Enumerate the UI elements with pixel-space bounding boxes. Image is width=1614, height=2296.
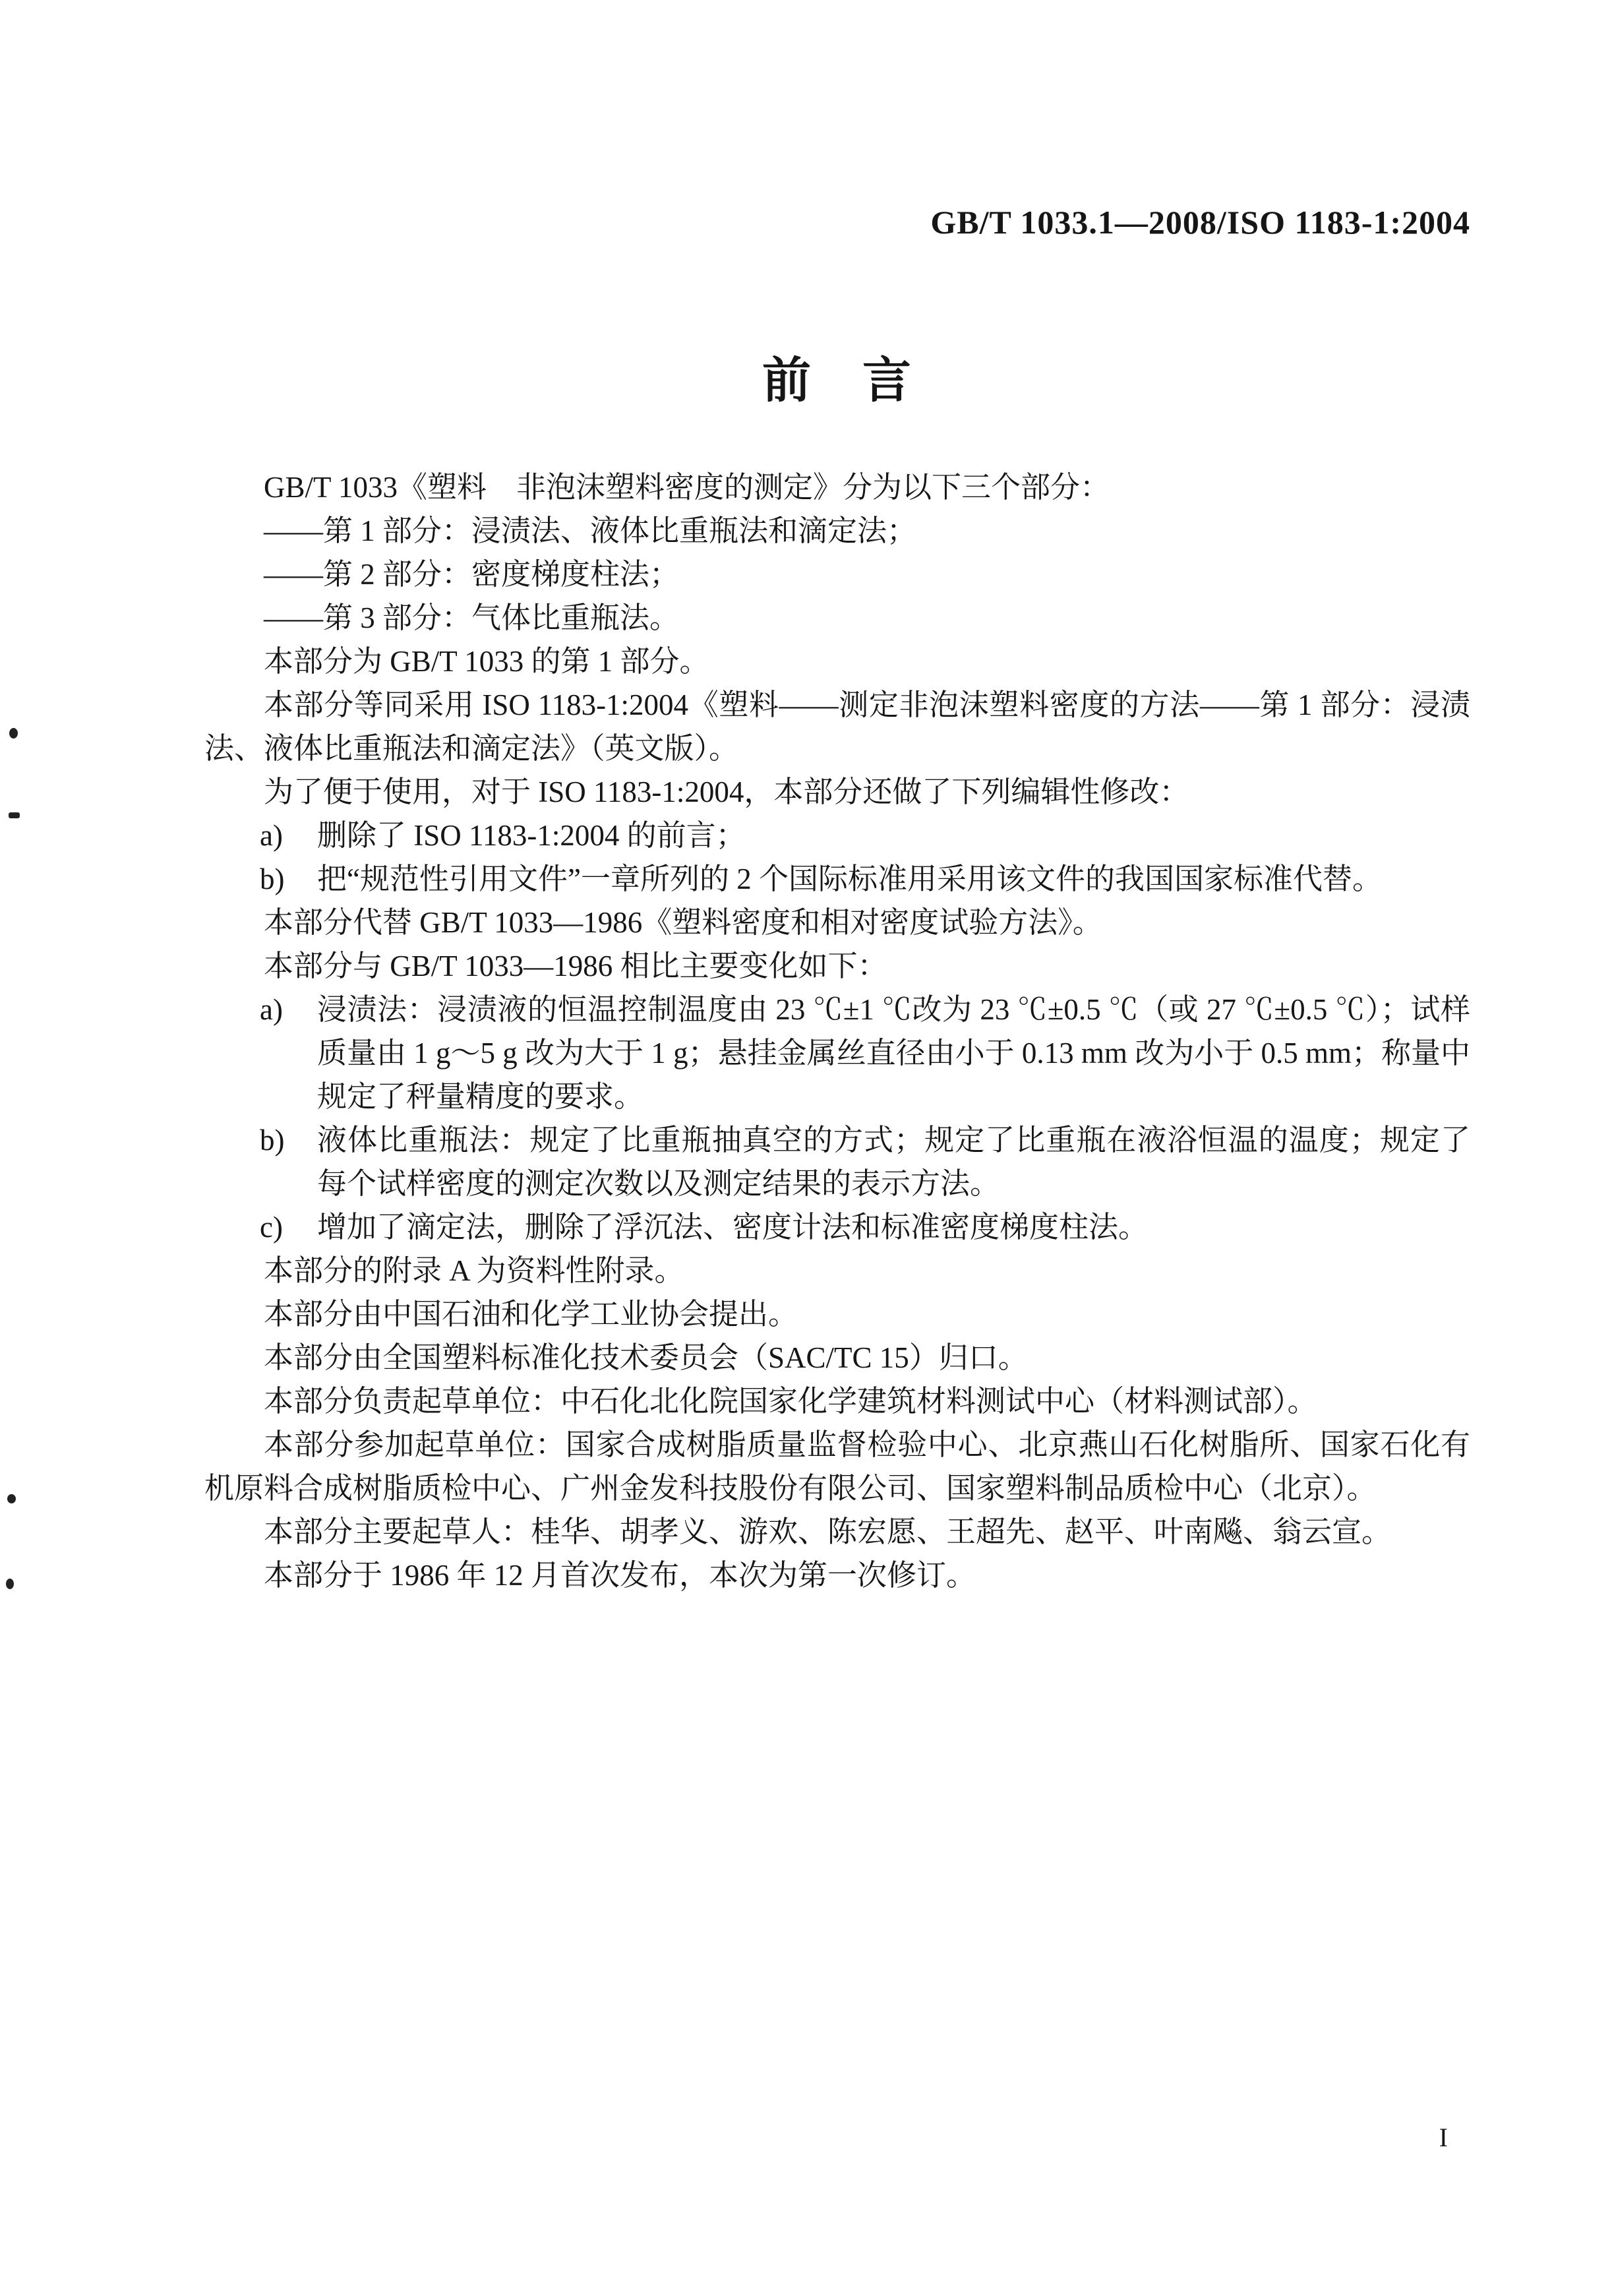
- paragraph-text: 本部分的附录 A 为资料性附录。: [264, 1254, 684, 1287]
- paragraph: 为了便于使用，对于 ISO 1183-1:2004，本部分还做了下列编辑性修改：: [204, 770, 1470, 814]
- paragraph-text: 本部分负责起草单位：中石化北化院国家化学建筑材料测试中心（材料测试部）。: [264, 1385, 1317, 1418]
- paragraph: 本部分于 1986 年 12 月首次发布，本次为第一次修订。: [204, 1554, 1470, 1597]
- paragraph: ——第 3 部分：气体比重瓶法。: [204, 596, 1470, 640]
- paragraph: 本部分代替 GB/T 1033—1986《塑料密度和相对密度试验方法》。: [204, 901, 1470, 944]
- paragraph: 本部分参加起草单位：国家合成树脂质量监督检验中心、北京燕山石化树脂所、国家石化有…: [204, 1423, 1470, 1510]
- paragraph-text: ——第 3 部分：气体比重瓶法。: [264, 601, 679, 634]
- paragraph-text: 把“规范性引用文件”一章所列的 2 个国际标准用采用该文件的我国国家标准代替。: [317, 862, 1382, 895]
- paragraph-text: 液体比重瓶法：规定了比重瓶抽真空的方式；规定了比重瓶在液浴恒温的温度；规定了每个…: [317, 1124, 1470, 1200]
- paragraph: 本部分主要起草人：桂华、胡孝义、游欢、陈宏愿、王超先、赵平、叶南飚、翁云宣。: [204, 1510, 1470, 1554]
- paragraph: 本部分由中国石油和化学工业协会提出。: [204, 1292, 1470, 1336]
- list-item-label: a): [260, 814, 283, 857]
- list-item: c)增加了滴定法，删除了浮沉法、密度计法和标准密度梯度柱法。: [204, 1205, 1470, 1249]
- paragraph-text: 本部分代替 GB/T 1033—1986《塑料密度和相对密度试验方法》。: [264, 906, 1102, 939]
- list-item-label: b): [260, 857, 285, 901]
- paragraph-text: 浸渍法：浸渍液的恒温控制温度由 23 ℃±1 ℃改为 23 ℃±0.5 ℃（或 …: [317, 993, 1470, 1113]
- paragraph: 本部分与 GB/T 1033—1986 相比主要变化如下：: [204, 944, 1470, 988]
- list-item: a)浸渍法：浸渍液的恒温控制温度由 23 ℃±1 ℃改为 23 ℃±0.5 ℃（…: [204, 988, 1470, 1118]
- paragraph: ——第 1 部分：浸渍法、液体比重瓶法和滴定法；: [204, 509, 1470, 553]
- paragraph-text: 增加了滴定法，删除了浮沉法、密度计法和标准密度梯度柱法。: [317, 1211, 1148, 1244]
- paragraph-text: GB/T 1033《塑料 非泡沫塑料密度的测定》分为以下三个部分：: [264, 471, 1110, 504]
- page-number: I: [1439, 2122, 1448, 2153]
- list-item: a)删除了 ISO 1183-1:2004 的前言；: [204, 814, 1470, 857]
- paragraph-text: 本部分为 GB/T 1033 的第 1 部分。: [264, 645, 709, 678]
- ink-speck: [7, 1494, 16, 1503]
- paragraph: 本部分由全国塑料标准化技术委员会（SAC/TC 15）归口。: [204, 1336, 1470, 1379]
- paragraph-text: 本部分等同采用 ISO 1183-1:2004《塑料——测定非泡沫塑料密度的方法…: [204, 688, 1470, 765]
- paragraph: GB/T 1033《塑料 非泡沫塑料密度的测定》分为以下三个部分：: [204, 466, 1470, 509]
- foreword-body: GB/T 1033《塑料 非泡沫塑料密度的测定》分为以下三个部分：——第 1 部…: [204, 466, 1470, 1597]
- paragraph-text: ——第 1 部分：浸渍法、液体比重瓶法和滴定法；: [264, 514, 916, 547]
- paragraph: 本部分的附录 A 为资料性附录。: [204, 1249, 1470, 1292]
- list-item-label: c): [260, 1205, 283, 1249]
- paragraph: 本部分等同采用 ISO 1183-1:2004《塑料——测定非泡沫塑料密度的方法…: [204, 683, 1470, 770]
- ink-speck: [9, 728, 18, 739]
- ink-speck: [9, 812, 20, 818]
- paragraph-text: 为了便于使用，对于 ISO 1183-1:2004，本部分还做了下列编辑性修改：: [264, 775, 1189, 808]
- paragraph-text: 本部分参加起草单位：国家合成树脂质量监督检验中心、北京燕山石化树脂所、国家石化有…: [204, 1428, 1470, 1505]
- list-item-label: b): [260, 1118, 285, 1162]
- paragraph-text: 删除了 ISO 1183-1:2004 的前言；: [317, 819, 746, 852]
- paragraph: ——第 2 部分：密度梯度柱法；: [204, 553, 1470, 596]
- paragraph-text: 本部分与 GB/T 1033—1986 相比主要变化如下：: [264, 950, 887, 982]
- paragraph: 本部分为 GB/T 1033 的第 1 部分。: [204, 640, 1470, 683]
- paragraph-text: 本部分主要起草人：桂华、胡孝义、游欢、陈宏愿、王超先、赵平、叶南飚、翁云宣。: [264, 1515, 1391, 1548]
- paragraph-text: 本部分由中国石油和化学工业协会提出。: [264, 1298, 798, 1331]
- paragraph-text: 本部分于 1986 年 12 月首次发布，本次为第一次修订。: [264, 1559, 976, 1592]
- paragraph: 本部分负责起草单位：中石化北化院国家化学建筑材料测试中心（材料测试部）。: [204, 1379, 1470, 1423]
- paragraph-text: ——第 2 部分：密度梯度柱法；: [264, 558, 679, 591]
- list-item: b)把“规范性引用文件”一章所列的 2 个国际标准用采用该文件的我国国家标准代替…: [204, 857, 1470, 901]
- document-page: GB/T 1033.1—2008/ISO 1183-1:2004 前 言 GB/…: [0, 0, 1614, 2296]
- paragraph-text: 本部分由全国塑料标准化技术委员会（SAC/TC 15）归口。: [264, 1341, 1028, 1374]
- standard-code-header: GB/T 1033.1—2008/ISO 1183-1:2004: [930, 203, 1470, 241]
- foreword-title: 前 言: [204, 342, 1470, 411]
- list-item-label: a): [260, 988, 283, 1031]
- list-item: b)液体比重瓶法：规定了比重瓶抽真空的方式；规定了比重瓶在液浴恒温的温度；规定了…: [204, 1118, 1470, 1205]
- ink-speck: [6, 1579, 14, 1589]
